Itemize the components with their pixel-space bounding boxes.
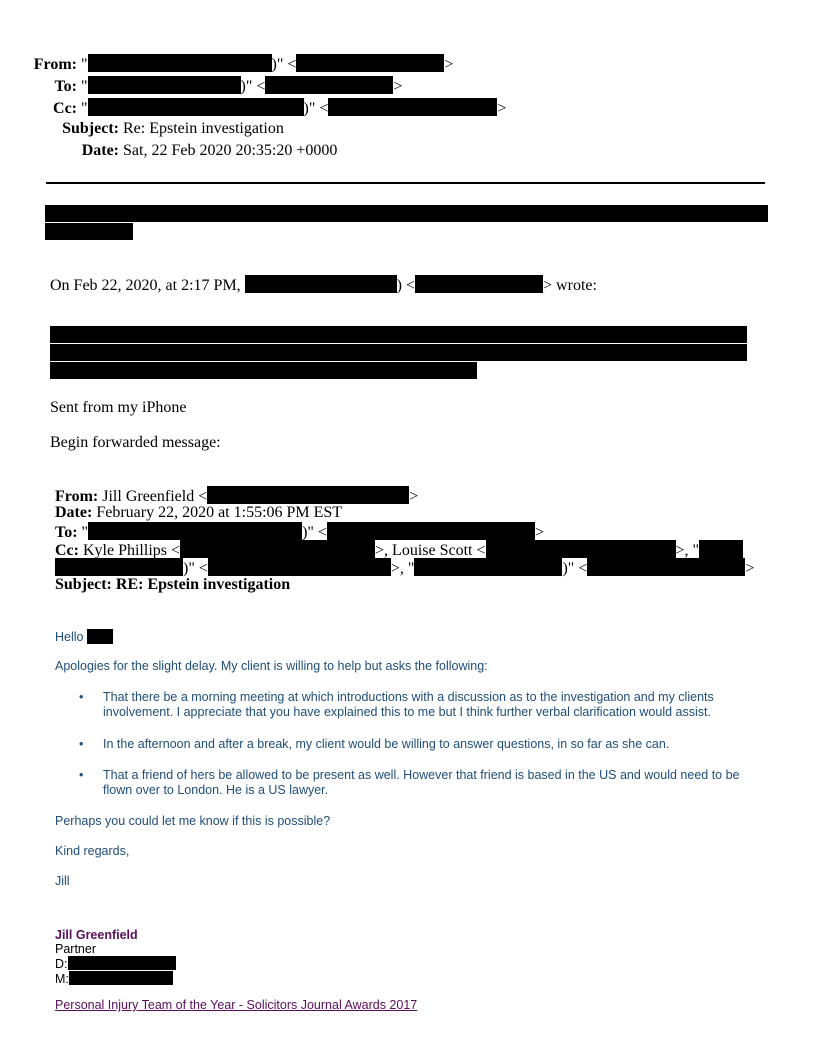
subject-value: Re: Epstein investigation [123, 120, 284, 137]
signature-block: Jill Greenfield Partner D: M: [55, 928, 176, 986]
redacted-block [55, 558, 183, 576]
redacted-block [50, 326, 747, 343]
outer-to-row: To: ")" <> [8, 76, 402, 96]
fwd-cc-row-continued: )" <>, ")" <> [55, 558, 754, 578]
date-value: Sat, 22 Feb 2020 20:35:20 +0000 [123, 142, 337, 159]
redacted-block [88, 76, 241, 94]
outer-subject-row: Subject: Re: Epstein investigation [8, 120, 284, 138]
fwd-date-row: Date: February 22, 2020 at 1:55:06 PM ES… [55, 504, 342, 522]
redacted-block [180, 540, 375, 558]
to-label: To: [8, 78, 77, 96]
redacted-block [45, 223, 133, 240]
closing: Kind regards, [55, 844, 129, 859]
signature-title: Partner [55, 942, 176, 956]
redacted-block [296, 54, 444, 72]
redacted-block [587, 558, 745, 576]
redacted-block [69, 971, 173, 985]
fwd-from-row: From: Jill Greenfield <> [55, 486, 418, 506]
fwd-subject-label: Subject: [55, 576, 112, 593]
from-label: From: [8, 56, 77, 74]
redacted-block [50, 344, 747, 361]
redacted-block [245, 275, 397, 293]
signature-name: Jill Greenfield [55, 928, 176, 942]
bullet-icon: • [79, 768, 83, 783]
signature-direct: D: [55, 956, 176, 971]
redacted-block [486, 540, 676, 558]
bullet-item: • That there be a morning meeting at whi… [103, 690, 763, 720]
date-label: Date: [8, 142, 119, 160]
outer-date-row: Date: Sat, 22 Feb 2020 20:35:20 +0000 [8, 142, 337, 160]
fwd-from-label: From: [55, 488, 98, 505]
intro-paragraph: Apologies for the slight delay. My clien… [55, 659, 488, 674]
question-paragraph: Perhaps you could let me know if this is… [55, 814, 330, 829]
fwd-cc-row: Cc: Kyle Phillips <>, Louise Scott <>, " [55, 540, 743, 560]
reply-attribution: On Feb 22, 2020, at 2:17 PM, ) <> wrote: [50, 275, 597, 295]
fwd-date-label: Date: [55, 504, 92, 521]
redacted-block [50, 362, 477, 379]
redacted-block [207, 486, 409, 504]
redacted-block [415, 275, 543, 293]
redacted-block [208, 558, 391, 576]
forward-intro: Begin forwarded message: [50, 434, 221, 452]
fwd-subject-row: Subject: RE: Epstein investigation [55, 576, 290, 594]
iphone-signature: Sent from my iPhone [50, 399, 186, 417]
fwd-to-row: To: ")" <> [55, 522, 544, 542]
sign-off: Jill [55, 874, 70, 889]
redacted-block [265, 76, 393, 94]
redacted-block [88, 522, 302, 540]
greeting: Hello [55, 629, 113, 645]
award-link[interactable]: Personal Injury Team of the Year - Solic… [55, 998, 417, 1012]
redacted-block [414, 558, 562, 576]
header-divider [46, 182, 765, 184]
outer-cc-row: Cc: ")" <> [8, 98, 506, 118]
signature-mobile: M: [55, 971, 176, 986]
redacted-block [88, 98, 304, 116]
bullet-item: • That a friend of hers be allowed to be… [103, 768, 763, 798]
fwd-subject-value: RE: Epstein investigation [116, 576, 290, 593]
redacted-block [327, 522, 535, 540]
fwd-cc-label: Cc: [55, 542, 79, 559]
bullet-item: • In the afternoon and after a break, my… [103, 737, 763, 752]
redacted-block [88, 54, 272, 72]
bullet-icon: • [79, 737, 83, 752]
redacted-block [68, 956, 176, 970]
bullet-icon: • [79, 690, 83, 705]
redacted-block [87, 629, 113, 644]
fwd-to-label: To: [55, 524, 78, 541]
redacted-block [699, 540, 743, 558]
cc-label: Cc: [8, 100, 77, 118]
award-row: Personal Injury Team of the Year - Solic… [55, 996, 417, 1014]
outer-from-row: From: ")" <> [8, 54, 453, 74]
redacted-block [328, 98, 497, 116]
subject-label: Subject: [8, 120, 119, 138]
redacted-block [45, 205, 768, 222]
